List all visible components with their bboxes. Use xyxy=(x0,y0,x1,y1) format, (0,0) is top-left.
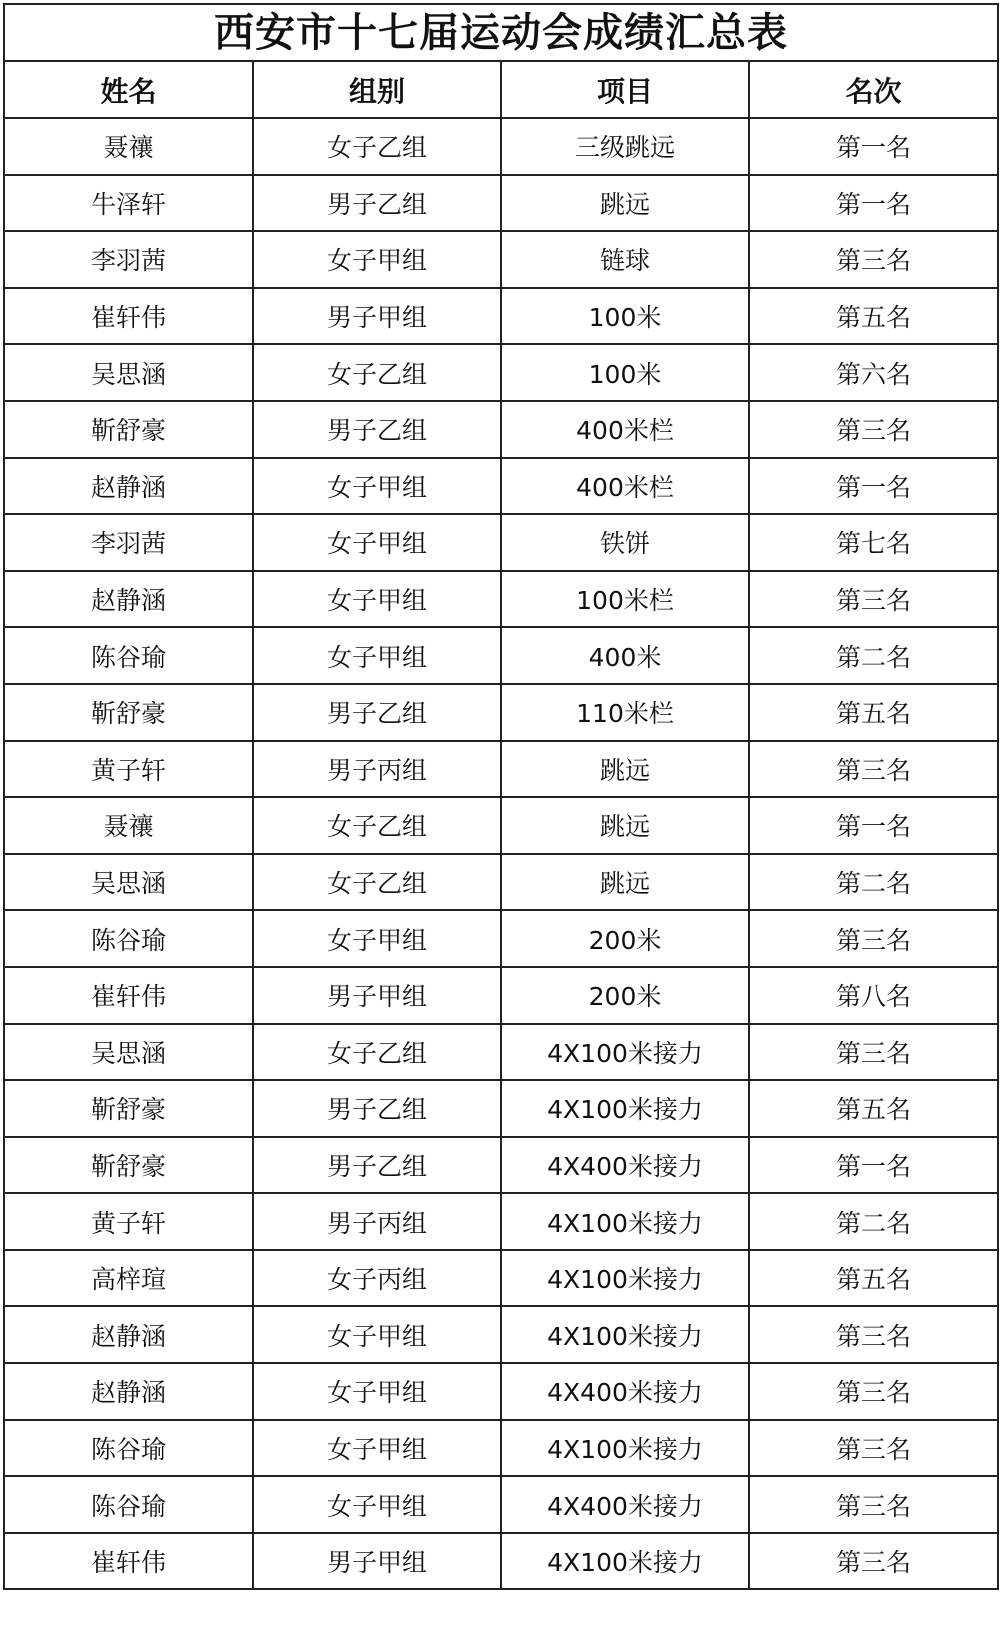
cell-name: 陈谷瑜 xyxy=(4,1420,253,1477)
cell-group: 女子乙组 xyxy=(253,344,501,401)
cell-rank: 第五名 xyxy=(749,288,998,345)
column-header-event: 项目 xyxy=(501,61,749,118)
cell-event: 铁饼 xyxy=(501,514,749,571)
cell-group: 女子甲组 xyxy=(253,231,501,288)
cell-name: 赵静涵 xyxy=(4,1306,253,1363)
cell-event: 200米 xyxy=(501,967,749,1024)
cell-event: 4X400米接力 xyxy=(501,1363,749,1420)
table-row: 聂禳女子乙组跳远第一名 xyxy=(4,797,998,854)
table-row: 陈谷瑜女子甲组4X400米接力第三名 xyxy=(4,1476,998,1533)
cell-group: 男子甲组 xyxy=(253,288,501,345)
column-header-group: 组别 xyxy=(253,61,501,118)
cell-event: 400米栏 xyxy=(501,401,749,458)
cell-rank: 第五名 xyxy=(749,684,998,741)
cell-rank: 第一名 xyxy=(749,1137,998,1194)
cell-rank: 第八名 xyxy=(749,967,998,1024)
cell-event: 400米栏 xyxy=(501,458,749,515)
cell-name: 陈谷瑜 xyxy=(4,627,253,684)
cell-event: 跳远 xyxy=(501,175,749,232)
cell-rank: 第七名 xyxy=(749,514,998,571)
cell-rank: 第二名 xyxy=(749,854,998,911)
cell-group: 男子乙组 xyxy=(253,401,501,458)
cell-rank: 第二名 xyxy=(749,627,998,684)
results-table: 西安市十七届运动会成绩汇总表 姓名 组别 项目 名次 聂禳女子乙组三级跳远第一名… xyxy=(3,3,999,1590)
table-row: 崔轩伟男子甲组100米第五名 xyxy=(4,288,998,345)
cell-name: 黄子轩 xyxy=(4,1193,253,1250)
cell-name: 黄子轩 xyxy=(4,741,253,798)
table-row: 黄子轩男子丙组跳远第三名 xyxy=(4,741,998,798)
table-row: 靳舒豪男子乙组4X400米接力第一名 xyxy=(4,1137,998,1194)
table-title: 西安市十七届运动会成绩汇总表 xyxy=(4,4,998,61)
cell-event: 4X100米接力 xyxy=(501,1024,749,1081)
cell-name: 靳舒豪 xyxy=(4,1137,253,1194)
cell-group: 女子乙组 xyxy=(253,797,501,854)
column-header-name: 姓名 xyxy=(4,61,253,118)
cell-name: 靳舒豪 xyxy=(4,401,253,458)
cell-event: 400米 xyxy=(501,627,749,684)
cell-event: 4X400米接力 xyxy=(501,1476,749,1533)
cell-group: 女子丙组 xyxy=(253,1250,501,1307)
cell-rank: 第一名 xyxy=(749,458,998,515)
title-row: 西安市十七届运动会成绩汇总表 xyxy=(4,4,998,61)
cell-name: 牛泽轩 xyxy=(4,175,253,232)
cell-group: 女子乙组 xyxy=(253,1024,501,1081)
cell-name: 赵静涵 xyxy=(4,1363,253,1420)
table-row: 李羽茜女子甲组链球第三名 xyxy=(4,231,998,288)
cell-group: 女子甲组 xyxy=(253,514,501,571)
table-row: 崔轩伟男子甲组4X100米接力第三名 xyxy=(4,1533,998,1590)
table-row: 牛泽轩男子乙组跳远第一名 xyxy=(4,175,998,232)
cell-group: 女子甲组 xyxy=(253,1476,501,1533)
cell-name: 吴思涵 xyxy=(4,344,253,401)
cell-event: 4X100米接力 xyxy=(501,1306,749,1363)
column-header-rank: 名次 xyxy=(749,61,998,118)
table-row: 赵静涵女子甲组4X400米接力第三名 xyxy=(4,1363,998,1420)
table-row: 赵静涵女子甲组100米栏第三名 xyxy=(4,571,998,628)
cell-rank: 第一名 xyxy=(749,797,998,854)
cell-rank: 第一名 xyxy=(749,175,998,232)
cell-rank: 第三名 xyxy=(749,1306,998,1363)
cell-event: 三级跳远 xyxy=(501,118,749,175)
cell-group: 男子乙组 xyxy=(253,1137,501,1194)
cell-group: 男子甲组 xyxy=(253,1533,501,1590)
cell-name: 靳舒豪 xyxy=(4,684,253,741)
cell-event: 跳远 xyxy=(501,741,749,798)
table-row: 吴思涵女子乙组跳远第二名 xyxy=(4,854,998,911)
cell-event: 4X400米接力 xyxy=(501,1137,749,1194)
table-row: 赵静涵女子甲组400米栏第一名 xyxy=(4,458,998,515)
cell-name: 聂禳 xyxy=(4,118,253,175)
cell-name: 赵静涵 xyxy=(4,571,253,628)
table-body: 聂禳女子乙组三级跳远第一名牛泽轩男子乙组跳远第一名李羽茜女子甲组链球第三名崔轩伟… xyxy=(4,118,998,1589)
cell-group: 女子乙组 xyxy=(253,854,501,911)
table-row: 陈谷瑜女子甲组200米第三名 xyxy=(4,910,998,967)
table-row: 李羽茜女子甲组铁饼第七名 xyxy=(4,514,998,571)
table-row: 聂禳女子乙组三级跳远第一名 xyxy=(4,118,998,175)
cell-event: 4X100米接力 xyxy=(501,1193,749,1250)
cell-name: 高梓瑄 xyxy=(4,1250,253,1307)
cell-group: 男子甲组 xyxy=(253,967,501,1024)
cell-name: 李羽茜 xyxy=(4,514,253,571)
cell-rank: 第三名 xyxy=(749,231,998,288)
cell-group: 女子甲组 xyxy=(253,571,501,628)
table-row: 吴思涵女子乙组4X100米接力第三名 xyxy=(4,1024,998,1081)
cell-group: 男子乙组 xyxy=(253,684,501,741)
table-row: 靳舒豪男子乙组400米栏第三名 xyxy=(4,401,998,458)
cell-rank: 第五名 xyxy=(749,1080,998,1137)
cell-group: 女子甲组 xyxy=(253,1363,501,1420)
cell-name: 吴思涵 xyxy=(4,854,253,911)
cell-rank: 第三名 xyxy=(749,1533,998,1590)
table-row: 赵静涵女子甲组4X100米接力第三名 xyxy=(4,1306,998,1363)
table-row: 黄子轩男子丙组4X100米接力第二名 xyxy=(4,1193,998,1250)
cell-event: 4X100米接力 xyxy=(501,1080,749,1137)
cell-event: 链球 xyxy=(501,231,749,288)
table-row: 靳舒豪男子乙组110米栏第五名 xyxy=(4,684,998,741)
cell-rank: 第一名 xyxy=(749,118,998,175)
table-row: 陈谷瑜女子甲组4X100米接力第三名 xyxy=(4,1420,998,1477)
cell-rank: 第五名 xyxy=(749,1250,998,1307)
cell-name: 赵静涵 xyxy=(4,458,253,515)
cell-name: 崔轩伟 xyxy=(4,967,253,1024)
cell-event: 100米 xyxy=(501,288,749,345)
cell-group: 女子甲组 xyxy=(253,1420,501,1477)
cell-rank: 第六名 xyxy=(749,344,998,401)
cell-name: 陈谷瑜 xyxy=(4,1476,253,1533)
table-row: 陈谷瑜女子甲组400米第二名 xyxy=(4,627,998,684)
table-row: 吴思涵女子乙组100米第六名 xyxy=(4,344,998,401)
cell-event: 100米 xyxy=(501,344,749,401)
cell-group: 女子甲组 xyxy=(253,627,501,684)
cell-group: 男子乙组 xyxy=(253,1080,501,1137)
table-row: 靳舒豪男子乙组4X100米接力第五名 xyxy=(4,1080,998,1137)
cell-event: 110米栏 xyxy=(501,684,749,741)
cell-event: 200米 xyxy=(501,910,749,967)
cell-event: 4X100米接力 xyxy=(501,1533,749,1590)
header-row: 姓名 组别 项目 名次 xyxy=(4,61,998,118)
cell-group: 女子甲组 xyxy=(253,458,501,515)
cell-group: 男子乙组 xyxy=(253,175,501,232)
cell-event: 跳远 xyxy=(501,854,749,911)
cell-rank: 第三名 xyxy=(749,1363,998,1420)
cell-rank: 第三名 xyxy=(749,741,998,798)
cell-event: 跳远 xyxy=(501,797,749,854)
cell-group: 女子甲组 xyxy=(253,1306,501,1363)
cell-rank: 第三名 xyxy=(749,571,998,628)
cell-rank: 第三名 xyxy=(749,1420,998,1477)
table-row: 高梓瑄女子丙组4X100米接力第五名 xyxy=(4,1250,998,1307)
cell-name: 靳舒豪 xyxy=(4,1080,253,1137)
cell-rank: 第三名 xyxy=(749,1024,998,1081)
cell-name: 聂禳 xyxy=(4,797,253,854)
table-row: 崔轩伟男子甲组200米第八名 xyxy=(4,967,998,1024)
cell-rank: 第三名 xyxy=(749,1476,998,1533)
cell-group: 女子甲组 xyxy=(253,910,501,967)
cell-event: 4X100米接力 xyxy=(501,1250,749,1307)
cell-group: 男子丙组 xyxy=(253,1193,501,1250)
cell-rank: 第三名 xyxy=(749,401,998,458)
cell-name: 吴思涵 xyxy=(4,1024,253,1081)
cell-rank: 第三名 xyxy=(749,910,998,967)
cell-rank: 第二名 xyxy=(749,1193,998,1250)
cell-name: 李羽茜 xyxy=(4,231,253,288)
cell-name: 崔轩伟 xyxy=(4,288,253,345)
cell-group: 男子丙组 xyxy=(253,741,501,798)
cell-name: 陈谷瑜 xyxy=(4,910,253,967)
results-sheet: 西安市十七届运动会成绩汇总表 姓名 组别 项目 名次 聂禳女子乙组三级跳远第一名… xyxy=(3,3,997,1646)
cell-event: 4X100米接力 xyxy=(501,1420,749,1477)
cell-event: 100米栏 xyxy=(501,571,749,628)
cell-name: 崔轩伟 xyxy=(4,1533,253,1590)
cell-group: 女子乙组 xyxy=(253,118,501,175)
